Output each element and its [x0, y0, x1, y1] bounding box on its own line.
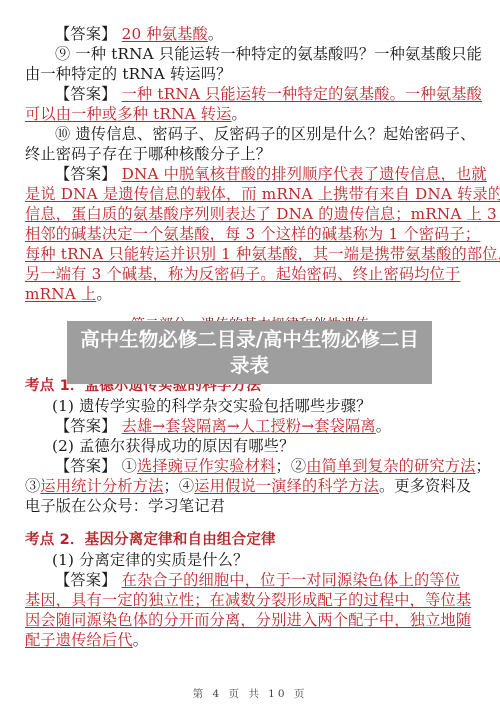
question-line: 终止密码子存在于哪种核酸分子上？	[25, 144, 477, 164]
answer-line: 每种 tRNA 只能转运并识别 1 种氨基酸，其一端是携带氨基酸的部位，	[25, 244, 477, 264]
list-marker: ③	[25, 477, 40, 495]
answer-text: 运用假说一演绎的科学方法	[194, 477, 379, 495]
punctuation: 。	[96, 285, 111, 303]
answer-line: 【答案】 20 种氨基酸。	[55, 24, 477, 44]
punctuation: 。	[232, 105, 247, 123]
document-page: 【答案】 20 种氨基酸。 ⑨ 一种 tRNA 只能运转一种特定的氨基酸吗？一种…	[0, 0, 500, 706]
answer-text: mRNA 上	[25, 285, 96, 303]
punctuation: 。	[376, 417, 391, 435]
question-line: 由一种特定的 tRNA 转运吗？	[25, 64, 477, 84]
answer-text: DNA 中脱氧核苷酸的排列顺序代表了遗传信息，也就	[122, 165, 487, 183]
answer-label: 【答案】	[55, 25, 117, 43]
answer-text: 配子遗传给后代	[25, 631, 133, 649]
punctuation: ；	[476, 457, 491, 475]
answer-line: 相邻的碱基决定一个氨基酸，每 3 个这样的碱基称为 1 个密码子；	[25, 224, 477, 244]
answer-text: 20 种氨基酸	[122, 25, 208, 43]
answer-line: 是说 DNA 是遗传信息的载体，而 mRNA 上携带有来自 DNA 转录的遗传	[25, 184, 477, 204]
punctuation: 。	[133, 631, 148, 649]
title-overlay: 高中生物必修二目录/高中生物必修二目录表	[67, 321, 432, 384]
answer-text: 在杂合子的细胞中，位于一对同源染色体上的等位	[122, 571, 461, 589]
question-line: ⑨ 一种 tRNA 只能运转一种特定的氨基酸吗？一种氨基酸只能	[55, 44, 477, 64]
question-line: (1) 遗传学实验的科学杂交实验包括哪些步骤？	[52, 396, 474, 416]
answer-line: 【答案】 一种 tRNA 只能运转一种特定的氨基酸。一种氨基酸	[55, 84, 477, 104]
answer-line: 基因，具有一定的独立性；在减数分裂形成配子的过程中，等位基	[25, 590, 477, 610]
answer-label: 【答案】	[55, 417, 117, 435]
promo-line: 电子版在公众号：学习笔记君	[25, 496, 477, 516]
list-marker: ；②	[275, 457, 306, 475]
answer-text: 一种 tRNA 只能运转一种特定的氨基酸。一种氨基酸	[122, 85, 482, 103]
answer-line: 【答案】 DNA 中脱氧核苷酸的排列顺序代表了遗传信息，也就	[55, 164, 477, 184]
answer-label: 【答案】	[55, 457, 117, 475]
answer-line: 【答案】 去雄→套袋隔离→人工授粉→套袋隔离。	[55, 416, 477, 436]
section-heading: 考点 2．基因分离定律和自由组合定律	[25, 530, 477, 550]
answer-line: 配子遗传给后代。	[25, 630, 477, 650]
answer-label: 【答案】	[55, 165, 117, 183]
answer-line: 【答案】 在杂合子的细胞中，位于一对同源染色体上的等位	[55, 570, 477, 590]
answer-text: 选择豌豆作实验材料	[137, 457, 276, 475]
answer-label: 【答案】	[55, 85, 117, 103]
answer-line: ③运用统计分析方法；④运用假说一演绎的科学方法。更多资料及	[25, 476, 477, 496]
answer-text: 可以由一种或多种 tRNA 转运	[25, 105, 232, 123]
punctuation: 。	[208, 25, 223, 43]
question-line: ⑩ 遗传信息、密码子、反密码子的区别是什么？起始密码子、	[55, 124, 477, 144]
answer-label: 【答案】	[55, 571, 117, 589]
answer-line: 【答案】 ①选择豌豆作实验材料；②由简单到复杂的研究方法；	[55, 456, 477, 476]
answer-text: 去雄→套袋隔离→人工授粉→套袋隔离	[122, 417, 376, 435]
answer-text: 由简单到复杂的研究方法	[306, 457, 475, 475]
list-marker: ①	[122, 457, 137, 475]
answer-line: 可以由一种或多种 tRNA 转运。	[25, 104, 477, 124]
overlay-title: 高中生物必修二目录/高中生物必修二目录表	[80, 327, 420, 379]
answer-line: mRNA 上。	[25, 284, 477, 304]
question-line: (1) 分离定律的实质是什么？	[52, 550, 474, 570]
answer-line: 另一端有 3 个碱基，称为反密码子。起始密码、终止密码均位于	[25, 264, 477, 284]
promo-text: 。更多资料及	[379, 477, 471, 495]
list-marker: ；④	[164, 477, 195, 495]
question-line: (2) 孟德尔获得成功的原因有哪些？	[52, 436, 474, 456]
answer-line: 因会随同源染色体的分开而分离，分别进入两个配子中，独立地随	[25, 610, 477, 630]
answer-text: 运用统计分析方法	[40, 477, 163, 495]
answer-line: 信息，蛋白质的氨基酸序列则表达了 DNA 的遗传信息；mRNA 上 3 个	[25, 204, 477, 224]
page-number: 第 4 页 共 10 页	[0, 686, 500, 701]
